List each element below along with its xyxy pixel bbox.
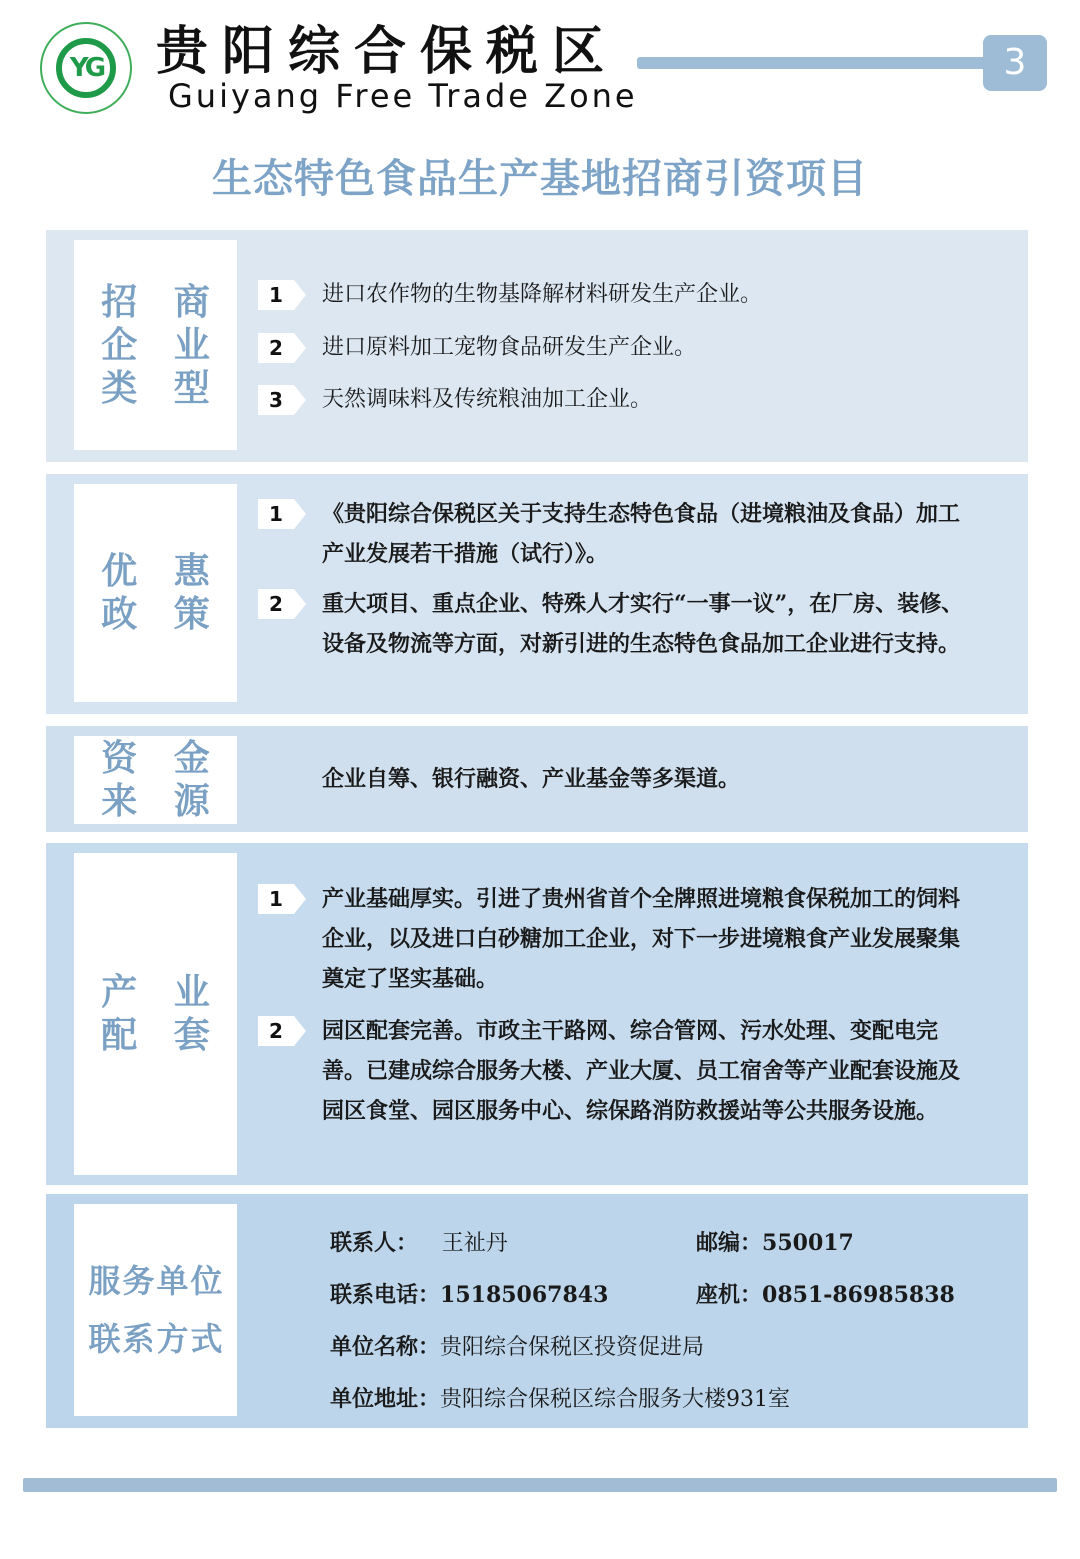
list-item: 2 进口原料加工宠物食品研发生产企业。 [258, 333, 968, 363]
section-label-box: 产 业 配 套 [74, 853, 237, 1175]
section-label: 招 商 企 业 类 型 [89, 281, 222, 410]
list-item: 1 产业基础厚实。引进了贵州省首个全牌照进境粮食保税加工的饲料企业，以及进口白砂… [258, 879, 966, 999]
item-text: 园区配套完善。市政主干路网、综合管网、污水处理、变配电完善。已建成综合服务大楼、… [322, 1011, 966, 1131]
landline-label: 座机： [696, 1282, 762, 1308]
org-value: 贵阳综合保税区投资促进局 [440, 1335, 704, 1360]
section-contact: 服务单位 联系方式 联系人： 王祉丹 邮编：550017 联系电话：151850… [46, 1194, 1028, 1428]
section-label-box: 招 商 企 业 类 型 [74, 240, 237, 450]
item-text: 进口农作物的生物基降解材料研发生产企业。 [322, 280, 762, 310]
logo: YG [40, 22, 132, 114]
item-text: 《贵阳综合保税区关于支持生态特色食品（进境粮油及食品）加工产业发展若干措施（试行… [322, 494, 968, 574]
item-text: 进口原料加工宠物食品研发生产企业。 [322, 333, 696, 363]
landline-value: 0851-86985838 [762, 1282, 955, 1308]
section-label: 资 金 来 源 [89, 737, 222, 823]
list-item: 1 进口农作物的生物基降解材料研发生产企业。 [258, 280, 968, 310]
brand-name-en: Guiyang Free Trade Zone [168, 78, 638, 114]
logo-mark: YG [62, 53, 110, 83]
number-badge: 2 [258, 333, 294, 363]
contact-person-value: 王祉丹 [442, 1231, 508, 1256]
logo-ring: YG [56, 38, 116, 98]
list-item: 1 《贵阳综合保税区关于支持生态特色食品（进境粮油及食品）加工产业发展若干措施（… [258, 494, 968, 574]
phone-value: 15185067843 [440, 1282, 608, 1308]
page-number-badge: 3 [983, 35, 1047, 91]
section-label: 服务单位 联系方式 [86, 1252, 224, 1368]
item-text: 天然调味料及传统粮油加工企业。 [322, 385, 652, 415]
list-item: 2 重大项目、重点企业、特殊人才实行“一事一议”，在厂房、装修、设备及物流等方面… [258, 584, 968, 664]
section-industry-support: 产 业 配 套 1 产业基础厚实。引进了贵州省首个全牌照进境粮食保税加工的饲料企… [46, 843, 1028, 1185]
item-text: 重大项目、重点企业、特殊人才实行“一事一议”，在厂房、装修、设备及物流等方面，对… [322, 584, 968, 664]
phone-label: 联系电话： [330, 1282, 440, 1308]
contact-person: 联系人： 王祉丹 [330, 1226, 508, 1257]
item-text: 产业基础厚实。引进了贵州省首个全牌照进境粮食保税加工的饲料企业，以及进口白砂糖加… [322, 879, 966, 999]
section-label-box: 资 金 来 源 [74, 736, 237, 824]
contact-landline: 座机：0851-86985838 [696, 1278, 955, 1309]
section-label-box: 服务单位 联系方式 [74, 1204, 237, 1416]
section-funding-source: 资 金 来 源 企业自筹、银行融资、产业基金等多渠道。 [46, 726, 1028, 832]
header-rule [637, 57, 997, 69]
contact-address: 单位地址：贵阳综合保税区综合服务大楼931室 [330, 1382, 790, 1413]
number-badge: 1 [258, 499, 294, 529]
number-badge: 1 [258, 884, 294, 914]
zip-label: 邮编： [696, 1230, 762, 1256]
section-incentive-policy: 优 惠 政 策 1 《贵阳综合保税区关于支持生态特色食品（进境粮油及食品）加工产… [46, 474, 1028, 714]
number-badge: 2 [258, 1016, 294, 1046]
address-value: 贵阳综合保税区综合服务大楼931室 [440, 1387, 790, 1412]
address-label: 单位地址： [330, 1386, 440, 1412]
list-item: 2 园区配套完善。市政主干路网、综合管网、污水处理、变配电完善。已建成综合服务大… [258, 1011, 966, 1131]
section-text: 企业自筹、银行融资、产业基金等多渠道。 [322, 762, 740, 796]
brand-name-cn: 贵阳综合保税区 [156, 22, 618, 82]
org-label: 单位名称： [330, 1334, 440, 1360]
contact-zip: 邮编：550017 [696, 1226, 854, 1257]
section-label: 产 业 配 套 [89, 971, 222, 1057]
contact-org: 单位名称：贵阳综合保税区投资促进局 [330, 1330, 704, 1361]
zip-value: 550017 [762, 1230, 854, 1256]
number-badge: 2 [258, 589, 294, 619]
number-badge: 1 [258, 280, 294, 310]
number-badge: 3 [258, 385, 294, 415]
section-label: 优 惠 政 策 [89, 550, 222, 636]
section-investment-types: 招 商 企 业 类 型 1 进口农作物的生物基降解材料研发生产企业。 2 进口原… [46, 230, 1028, 462]
footer-rule [23, 1478, 1057, 1492]
section-label-box: 优 惠 政 策 [74, 484, 237, 702]
contact-phone: 联系电话：15185067843 [330, 1278, 608, 1309]
contact-person-label: 联系人： [330, 1230, 418, 1256]
page-title: 生态特色食品生产基地招商引资项目 [0, 147, 1080, 204]
list-item: 3 天然调味料及传统粮油加工企业。 [258, 385, 968, 415]
